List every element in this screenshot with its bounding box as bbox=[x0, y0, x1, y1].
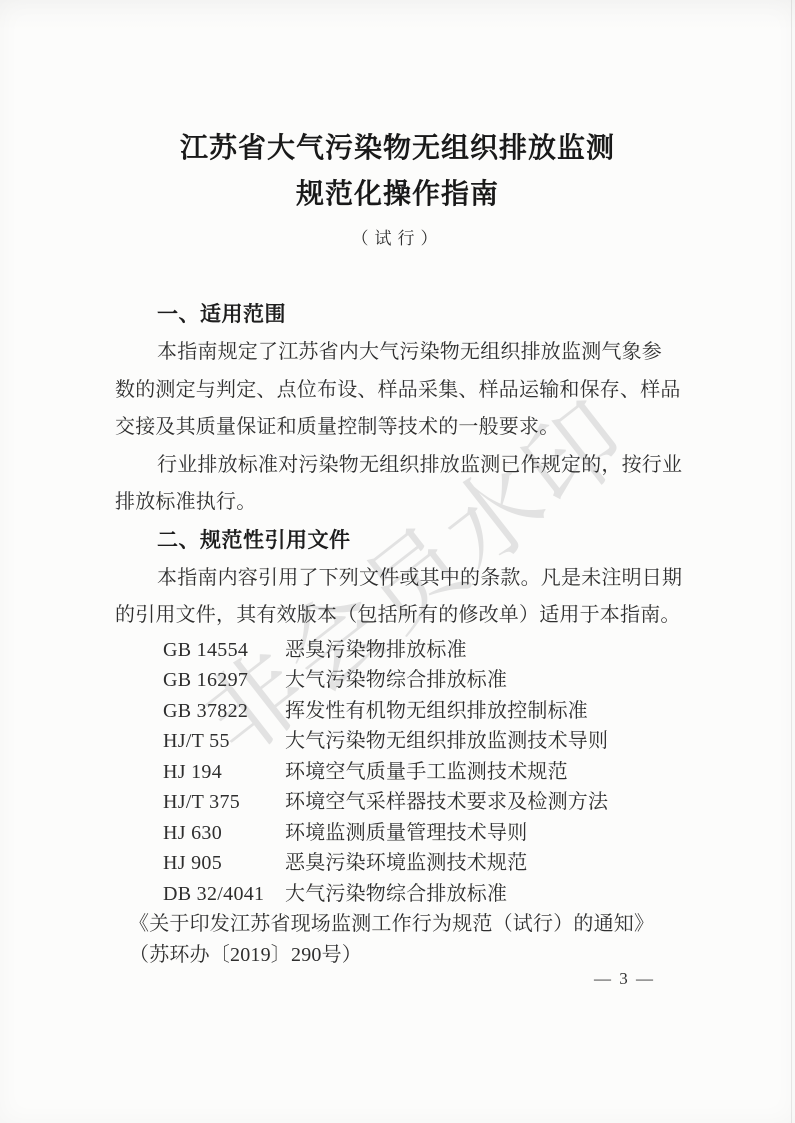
reference-notice-line: （苏环办〔2019〕290号） bbox=[115, 940, 681, 971]
section1-paragraph1-line: 本指南规定了江苏省内大气污染物无组织排放监测气象参 bbox=[115, 334, 681, 372]
document-page: 非会员水印 江苏省大气污染物无组织排放监测 规范化操作指南 （试行） 一、适用范… bbox=[0, 0, 795, 1123]
reference-notice-line: 《关于印发江苏省现场监测工作行为规范（试行）的通知》 bbox=[115, 909, 681, 940]
reference-code: DB 32/4041 bbox=[163, 879, 285, 910]
reference-item: HJ 630 环境监测质量管理技术导则 bbox=[115, 818, 681, 849]
title-block: 江苏省大气污染物无组织排放监测 规范化操作指南 （试行） bbox=[0, 126, 795, 251]
reference-item: HJ 194 环境空气质量手工监测技术规范 bbox=[115, 757, 681, 788]
reference-name: 环境空气采样器技术要求及检测方法 bbox=[285, 787, 608, 818]
reference-item: GB 37822 挥发性有机物无组织排放控制标准 bbox=[115, 696, 681, 727]
reference-code: GB 37822 bbox=[163, 696, 285, 727]
section2-heading: 二、规范性引用文件 bbox=[115, 522, 681, 560]
reference-code: HJ 194 bbox=[163, 757, 285, 788]
reference-code: HJ/T 55 bbox=[163, 726, 285, 757]
page-number: — 3 — bbox=[594, 968, 655, 990]
reference-name: 环境监测质量管理技术导则 bbox=[285, 818, 527, 849]
page-content: 江苏省大气污染物无组织排放监测 规范化操作指南 （试行） 一、适用范围 本指南规… bbox=[0, 0, 795, 1123]
document-title-line1: 江苏省大气污染物无组织排放监测 bbox=[0, 126, 795, 172]
reference-item: HJ/T 55 大气污染物无组织排放监测技术导则 bbox=[115, 726, 681, 757]
document-title-line2: 规范化操作指南 bbox=[0, 172, 795, 218]
reference-name: 环境空气质量手工监测技术规范 bbox=[285, 757, 568, 788]
reference-code: HJ 630 bbox=[163, 818, 285, 849]
reference-name: 恶臭污染物排放标准 bbox=[285, 635, 467, 666]
reference-item: DB 32/4041 大气污染物综合排放标准 bbox=[115, 879, 681, 910]
section1-heading: 一、适用范围 bbox=[115, 296, 681, 334]
reference-code: GB 14554 bbox=[163, 635, 285, 666]
reference-name: 挥发性有机物无组织排放控制标准 bbox=[285, 696, 588, 727]
body-column: 一、适用范围 本指南规定了江苏省内大气污染物无组织排放监测气象参 数的测定与判定… bbox=[115, 296, 681, 970]
section2-paragraph1-line: 的引用文件，其有效版本（包括所有的修改单）适用于本指南。 bbox=[115, 597, 681, 635]
reference-item: GB 14554 恶臭污染物排放标准 bbox=[115, 635, 681, 666]
section2-paragraph1-line: 本指南内容引用了下列文件或其中的条款。凡是未注明日期 bbox=[115, 560, 681, 598]
section1-paragraph2-line: 排放标准执行。 bbox=[115, 484, 681, 522]
section1-paragraph1-line: 交接及其质量保证和质量控制等技术的一般要求。 bbox=[115, 409, 681, 447]
reference-name: 大气污染物综合排放标准 bbox=[285, 665, 507, 696]
reference-code: HJ 905 bbox=[163, 848, 285, 879]
reference-code: GB 16297 bbox=[163, 665, 285, 696]
reference-name: 大气污染物综合排放标准 bbox=[285, 879, 507, 910]
section1-paragraph1-line: 数的测定与判定、点位布设、样品采集、样品运输和保存、样品 bbox=[115, 372, 681, 410]
reference-name: 恶臭污染环境监测技术规范 bbox=[285, 848, 527, 879]
reference-item: HJ/T 375 环境空气采样器技术要求及检测方法 bbox=[115, 787, 681, 818]
reference-item: GB 16297 大气污染物综合排放标准 bbox=[115, 665, 681, 696]
document-subtitle: （试行） bbox=[0, 227, 795, 251]
section1-paragraph2-line: 行业排放标准对污染物无组织排放监测已作规定的，按行业 bbox=[115, 447, 681, 485]
reference-name: 大气污染物无组织排放监测技术导则 bbox=[285, 726, 608, 757]
reference-item: HJ 905 恶臭污染环境监测技术规范 bbox=[115, 848, 681, 879]
reference-code: HJ/T 375 bbox=[163, 787, 285, 818]
